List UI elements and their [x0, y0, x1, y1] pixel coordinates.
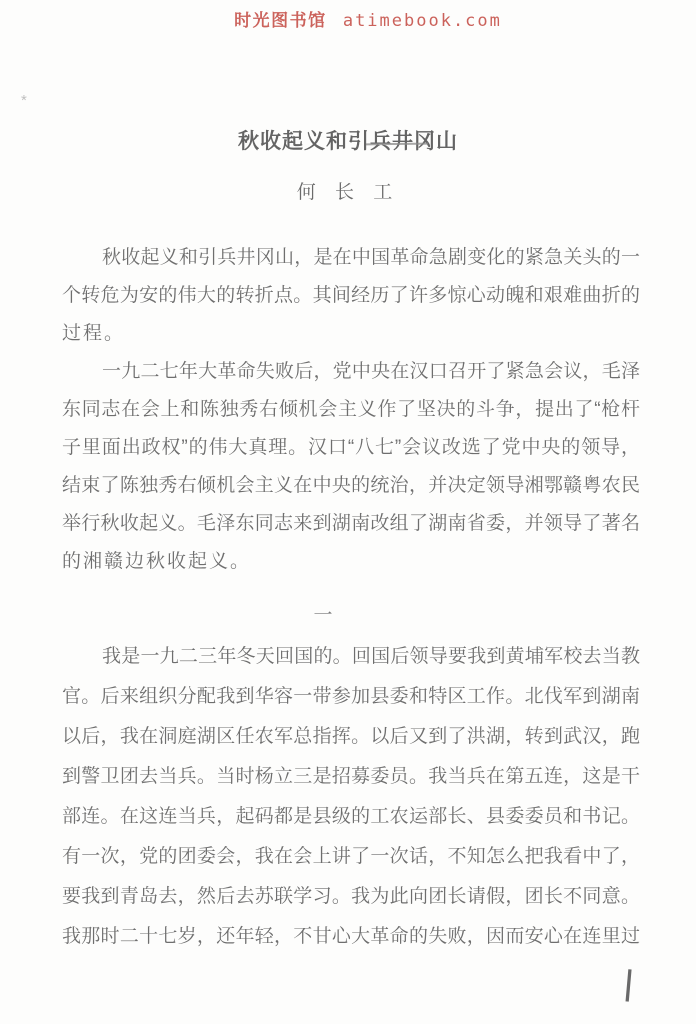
section-marker: 一	[62, 597, 640, 635]
watermark-site-url: atimebook.com	[343, 11, 502, 31]
text-line: 举行秋收起义。毛泽东同志来到湖南改组了湖南省委，并领导了著名	[62, 505, 640, 543]
text-line: 要我到青岛去，然后去苏联学习。我为此向团长请假，团长不同意。	[62, 877, 640, 917]
text-line: 到警卫团去当兵。当时杨立三是招募委员。我当兵在第五连，这是干	[62, 757, 640, 797]
text-line: 以后，我在洞庭湖区任农军总指挥。以后又到了洪湖，转到武汉，跑	[62, 717, 640, 757]
article-body: 秋收起义和引兵井冈山，是在中国革命急剧变化的紧急关头的一 个转危为安的伟大的转折…	[62, 239, 640, 957]
text-line: 我是一九二三年冬天回国的。回国后领导要我到黄埔军校去当教	[62, 637, 640, 677]
watermark-library-name: 时光图书馆	[234, 11, 327, 30]
page-edge-stroke-mark: |	[624, 964, 635, 1003]
paragraph-2: 一九二七年大革命失败后，党中央在汉口召开了紧急会议，毛泽 东同志在会上和陈独秀右…	[62, 353, 640, 581]
paragraph-3: 我是一九二三年冬天回国的。回国后领导要我到黄埔军校去当教 官。后来组织分配我到华…	[62, 637, 640, 957]
article-author: 何 长 工	[0, 177, 696, 204]
text-line: 一九二七年大革命失败后，党中央在汉口召开了紧急会议，毛泽	[62, 353, 640, 391]
text-line: 过程。	[62, 315, 640, 353]
text-line: 结束了陈独秀右倾机会主义在中央的统治，并决定领导湘鄂赣粤农民	[62, 467, 640, 505]
paragraph-1: 秋收起义和引兵井冈山，是在中国革命急剧变化的紧急关头的一 个转危为安的伟大的转折…	[62, 239, 640, 353]
article-title: 秋收起义和引兵井冈山	[0, 125, 696, 155]
margin-star-mark: *	[21, 92, 27, 109]
text-line: 东同志在会上和陈独秀右倾机会主义作了坚决的斗争，提出了“枪杆	[62, 391, 640, 429]
text-line: 官。后来组织分配我到华容一带参加县委和特区工作。北伐军到湖南	[62, 677, 640, 717]
text-line: 子里面出政权”的伟大真理。汉口“八七”会议改选了党中央的领导，	[62, 429, 640, 467]
text-line: 部连。在这连当兵，起码都是县级的工农运部长、县委委员和书记。	[62, 797, 640, 837]
text-line: 我那时二十七岁，还年轻，不甘心大革命的失败，因而安心在连里过	[62, 917, 640, 957]
watermark: 时光图书馆 atimebook.com	[0, 6, 696, 31]
text-line: 的湘赣边秋收起义。	[62, 543, 640, 581]
scanned-document-page: 时光图书馆 atimebook.com * 秋收起义和引兵井冈山 何 长 工 秋…	[0, 0, 696, 1024]
text-line: 有一次，党的团委会，我在会上讲了一次话，不知怎么把我看中了，	[62, 837, 640, 877]
text-line: 秋收起义和引兵井冈山，是在中国革命急剧变化的紧急关头的一	[62, 239, 640, 277]
text-line: 个转危为安的伟大的转折点。其间经历了许多惊心动魄和艰难曲折的	[62, 277, 640, 315]
